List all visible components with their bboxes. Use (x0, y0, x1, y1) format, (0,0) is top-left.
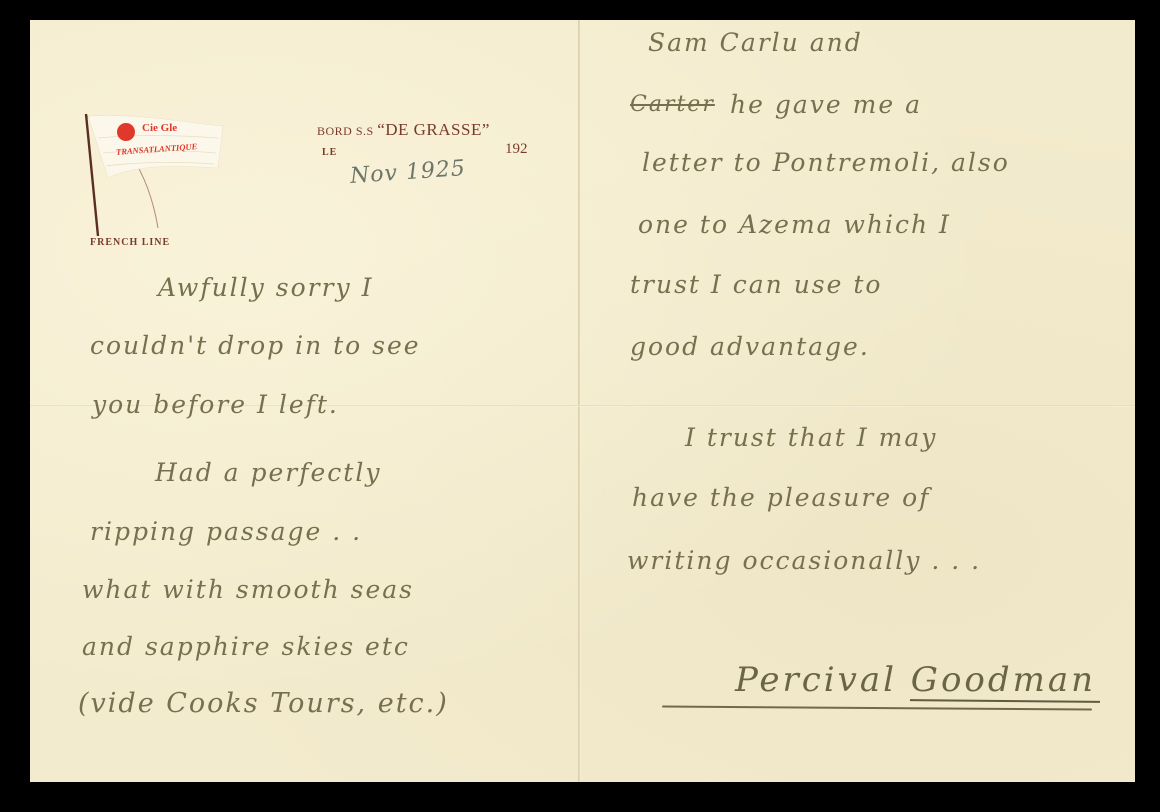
bord-prefix: BORD S.S (317, 124, 374, 138)
flag-text-cie: Cie Gle (142, 122, 177, 134)
left-line-4: Had a perfectly (155, 458, 381, 487)
ship-heading: BORD S.S “DE GRASSE” (317, 120, 490, 140)
right-line-6: good advantage. (630, 332, 870, 361)
year-prefix: 192 (505, 141, 528, 158)
right-line-5: trust I can use to (630, 270, 882, 299)
signature-underline (662, 705, 1092, 710)
signature-flourish (910, 699, 1100, 703)
left-line-8: (vide Cooks Tours, etc.) (78, 688, 449, 719)
left-line-6: what with smooth seas (82, 575, 414, 604)
left-line-5: ripping passage . . (90, 517, 362, 546)
right-line-struck: Carter (630, 92, 715, 117)
left-line-3: you before I left. (92, 390, 339, 419)
letter-paper: Cie Gle TRANSATLANTIQUE FRENCH LINE BORD… (30, 20, 1135, 782)
handwritten-date: Nov 1925 (349, 156, 466, 189)
right-line-4: one to Azema which I (638, 210, 951, 239)
right-line-3: letter to Pontremoli, also (642, 148, 1010, 177)
left-line-7: and sapphire skies etc (82, 632, 410, 661)
signature: Percival Goodman (735, 660, 1096, 700)
date-label: LE (322, 147, 337, 158)
right-line-9: writing occasionally . . . (627, 546, 981, 575)
center-fold (578, 20, 581, 782)
right-line-2: he gave me a (730, 90, 922, 119)
left-line-1: Awfully sorry I (158, 273, 373, 302)
french-line-flag-logo: Cie Gle TRANSATLANTIQUE (78, 108, 228, 258)
right-line-7: I trust that I may (685, 423, 937, 452)
ship-name: “DE GRASSE” (377, 120, 490, 139)
company-name: FRENCH LINE (90, 237, 170, 248)
right-line-1: Sam Carlu and (648, 28, 863, 57)
left-line-2: couldn't drop in to see (90, 331, 421, 360)
right-line-8: have the pleasure of (632, 483, 930, 512)
